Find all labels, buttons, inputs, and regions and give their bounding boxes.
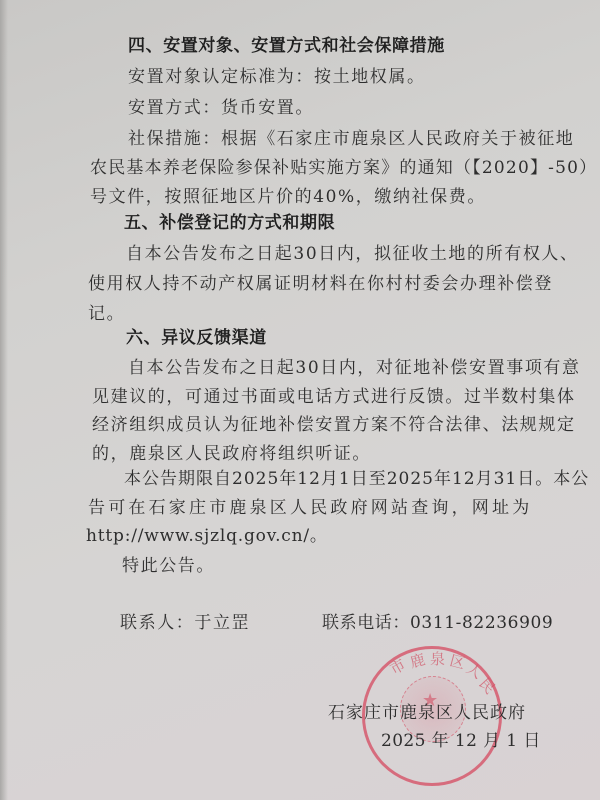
section-4-line-2: 安置方式：货币安置。: [128, 97, 314, 119]
document-page: 四、安置对象、安置方式和社会保障措施 安置对象认定标准为：按土地权属。 安置方式…: [0, 0, 600, 800]
section-5-line-2: 使用权人持不动产权属证明材料在你村村委会办理补偿登: [88, 273, 553, 295]
section-6-line-2: 见建议的，可通过书面或电话方式进行反馈。过半数村集体: [92, 386, 576, 408]
seal-char-3: 泉: [430, 648, 445, 669]
issue-date: 2025 年 12 月 1 日: [381, 730, 541, 752]
section-5-heading: 五、补偿登记的方式和期限: [124, 212, 335, 234]
issuer-name: 石家庄市鹿泉区人民政府: [328, 702, 526, 724]
section-6-line-1: 自本公告发布之日起30日内，对征地补偿安置事项有意: [128, 357, 581, 379]
website-url[interactable]: http://www.sjzlq.gov.cn/。: [86, 525, 328, 547]
section-6-line-4: 的，鹿泉区人民政府将组织听证。: [92, 443, 371, 465]
closing-statement: 特此公告。: [122, 555, 215, 577]
section-6-heading: 六、异议反馈渠道: [126, 327, 267, 349]
section-4-line-3: 社保措施：根据《石家庄市鹿泉区人民政府关于被征地: [128, 128, 574, 150]
section-4-heading: 四、安置对象、安置方式和社会保障措施: [128, 35, 445, 57]
contact-person: 联系人：于立罡: [120, 612, 250, 634]
section-4-line-5: 号文件，按照征地区片价的40%，缴纳社保费。: [90, 186, 486, 208]
validity-line-1: 本公告期限自2025年12月1日至2025年12月31日。本公: [124, 468, 589, 490]
contact-phone: 联系电话：0311-82236909: [322, 612, 553, 634]
section-5-line-3: 记。: [88, 303, 125, 325]
section-4-line-1: 安置对象认定标准为：按土地权属。: [128, 66, 426, 88]
validity-line-2: 告可在石家庄市鹿泉区人民政府网站查询，网址为: [88, 497, 532, 519]
section-5-line-1: 自本公告发布之日起30日内，拟征收土地的所有权人、: [126, 243, 579, 265]
page-edge-shadow: [0, 0, 8, 800]
section-4-line-4: 农民基本养老保险参保补贴实施方案》的通知（【2020】-50）: [90, 157, 597, 179]
section-6-line-3: 经济组织成员认为征地补偿安置方案不符合法律、法规规定: [92, 414, 576, 436]
